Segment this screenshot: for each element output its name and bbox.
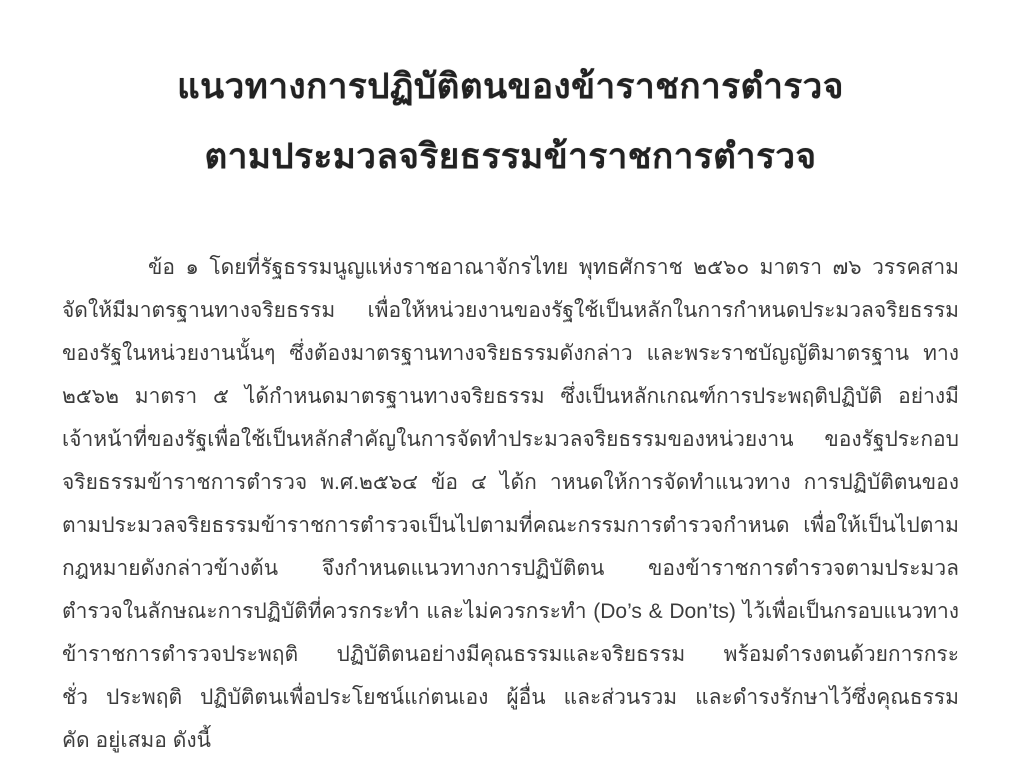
paragraph-line: ชั่ว ประพฤติ ปฏิบัติตนเพื่อประโยชน์แก่ตน… bbox=[62, 676, 959, 719]
paragraph-line: ๒๕๖๒ มาตรา ๕ ได้กำหนดมาตรฐานทางจริยธรรม … bbox=[62, 375, 959, 418]
document-page: แนวทางการปฏิบัติตนของข้าราชการตำรวจ ตามป… bbox=[0, 0, 1021, 765]
paragraph-line: ตำรวจในลักษณะการปฏิบัติที่ควรกระทำ และไม… bbox=[62, 590, 959, 633]
document-title: แนวทางการปฏิบัติตนของข้าราชการตำรวจ ตามป… bbox=[0, 56, 1021, 188]
paragraph-line: จัดให้มีมาตรฐานทางจริยธรรม เพื่อให้หน่วย… bbox=[62, 289, 959, 332]
paragraph-line: คัด อยู่เสมอ ดังนี้ bbox=[62, 719, 959, 762]
paragraph-line: ของรัฐในหน่วยงานนั้นๆ ซึ่งต้องมาตรฐานทาง… bbox=[62, 332, 959, 375]
paragraph-line: กฎหมายดังกล่าวข้างต้น จึงกำหนดแนวทางการป… bbox=[62, 547, 959, 590]
paragraph-line: เจ้าหน้าที่ของรัฐเพื่อใช้เป็นหลักสำคัญใน… bbox=[62, 418, 959, 461]
paragraph-line: ข้าราชการตำรวจประพฤติ ปฏิบัติตนอย่างมีคุ… bbox=[62, 633, 959, 676]
paragraph-line: ตามประมวลจริยธรรมข้าราชการตำรวจเป็นไปตาม… bbox=[62, 504, 959, 547]
body-paragraph: ข้อ ๑ โดยที่รัฐธรรมนูญแห่งราชอาณาจักรไทย… bbox=[62, 246, 959, 762]
paragraph-line: จริยธรรมข้าราชการตำรวจ พ.ศ.๒๕๖๔ ข้อ ๔ ได… bbox=[62, 461, 959, 504]
title-line-2: ตามประมวลจริยธรรมข้าราชการตำรวจ bbox=[0, 126, 1021, 188]
title-line-1: แนวทางการปฏิบัติตนของข้าราชการตำรวจ bbox=[0, 56, 1021, 118]
paragraph-line: ข้อ ๑ โดยที่รัฐธรรมนูญแห่งราชอาณาจักรไทย… bbox=[62, 246, 959, 289]
